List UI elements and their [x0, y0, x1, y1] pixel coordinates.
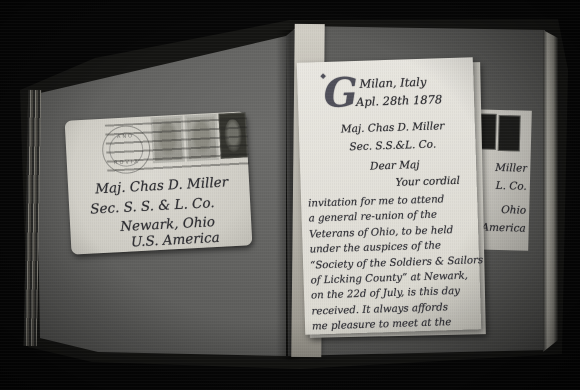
letter-place-line: Milan, Italy	[359, 75, 426, 91]
letter-date-line: Apl. 28th 1878	[356, 92, 443, 109]
postage-stamp-dark-2	[498, 115, 521, 152]
monogram-initial: G	[323, 71, 359, 116]
letter-salutation: Dear Maj	[370, 159, 420, 173]
letter-opening-phrase: Your cordial	[395, 175, 460, 189]
monogram-g: G ◆	[306, 71, 340, 79]
envelope-address-line-1: Maj. Chas D. Miller	[95, 174, 229, 197]
photograph-open-scrapbook: ANO ROVIA Maj. Chas D. Miller Sec. S. S.…	[0, 0, 580, 390]
envelope-front: ANO ROVIA Maj. Chas D. Miller Sec. S. S.…	[65, 111, 253, 254]
letter-recipient-line-2: Sec. S.S.&L. Co.	[349, 138, 436, 153]
letter-recipient-line-1: Maj. Chas D. Miller	[341, 120, 445, 135]
envelope-address-line-4: U.S. America	[131, 230, 220, 251]
letter-body: invitation for me to attend a general re…	[308, 191, 478, 335]
letter-sheet: G ◆ Milan, Italy Apl. 28th 1878 Maj. Cha…	[297, 57, 481, 334]
page-stack-edge-right	[543, 30, 558, 352]
cancellation-bars	[105, 117, 249, 174]
